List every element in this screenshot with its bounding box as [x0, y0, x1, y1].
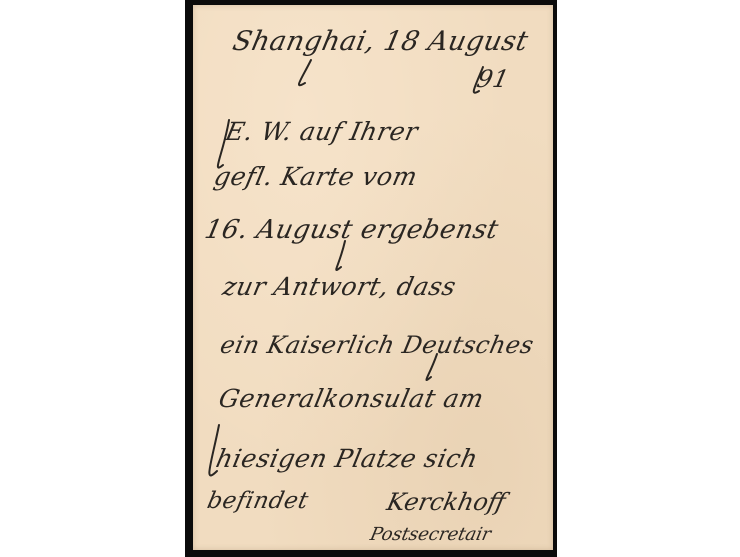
place-date-line: Shanghai, 18 August: [230, 26, 532, 57]
body-line-3: 16. August ergebenst: [202, 215, 501, 245]
body-line-2: gefl. Karte vom: [211, 162, 420, 191]
descender-loop: [336, 241, 345, 270]
body-line-8: befindet: [205, 487, 311, 514]
signature-title: Postsecretair: [367, 524, 494, 545]
signature-name: Kerckhoff: [383, 487, 512, 516]
handwriting-layer: Shanghai, 18 August 91 E. W. auf Ihrer g…: [193, 5, 553, 550]
body-line-5: ein Kaiserlich Deutsches: [218, 330, 537, 359]
body-line-7: hiesigen Platze sich: [214, 444, 481, 473]
postcard: Shanghai, 18 August 91 E. W. auf Ihrer g…: [193, 5, 553, 550]
descender-loop: [299, 60, 311, 85]
body-line-6: Generalkonsulat am: [216, 384, 486, 413]
body-line-4: zur Antwort, dass: [219, 272, 459, 301]
year-line: 91: [474, 64, 512, 93]
body-line-1: E. W. auf Ihrer: [222, 117, 422, 146]
